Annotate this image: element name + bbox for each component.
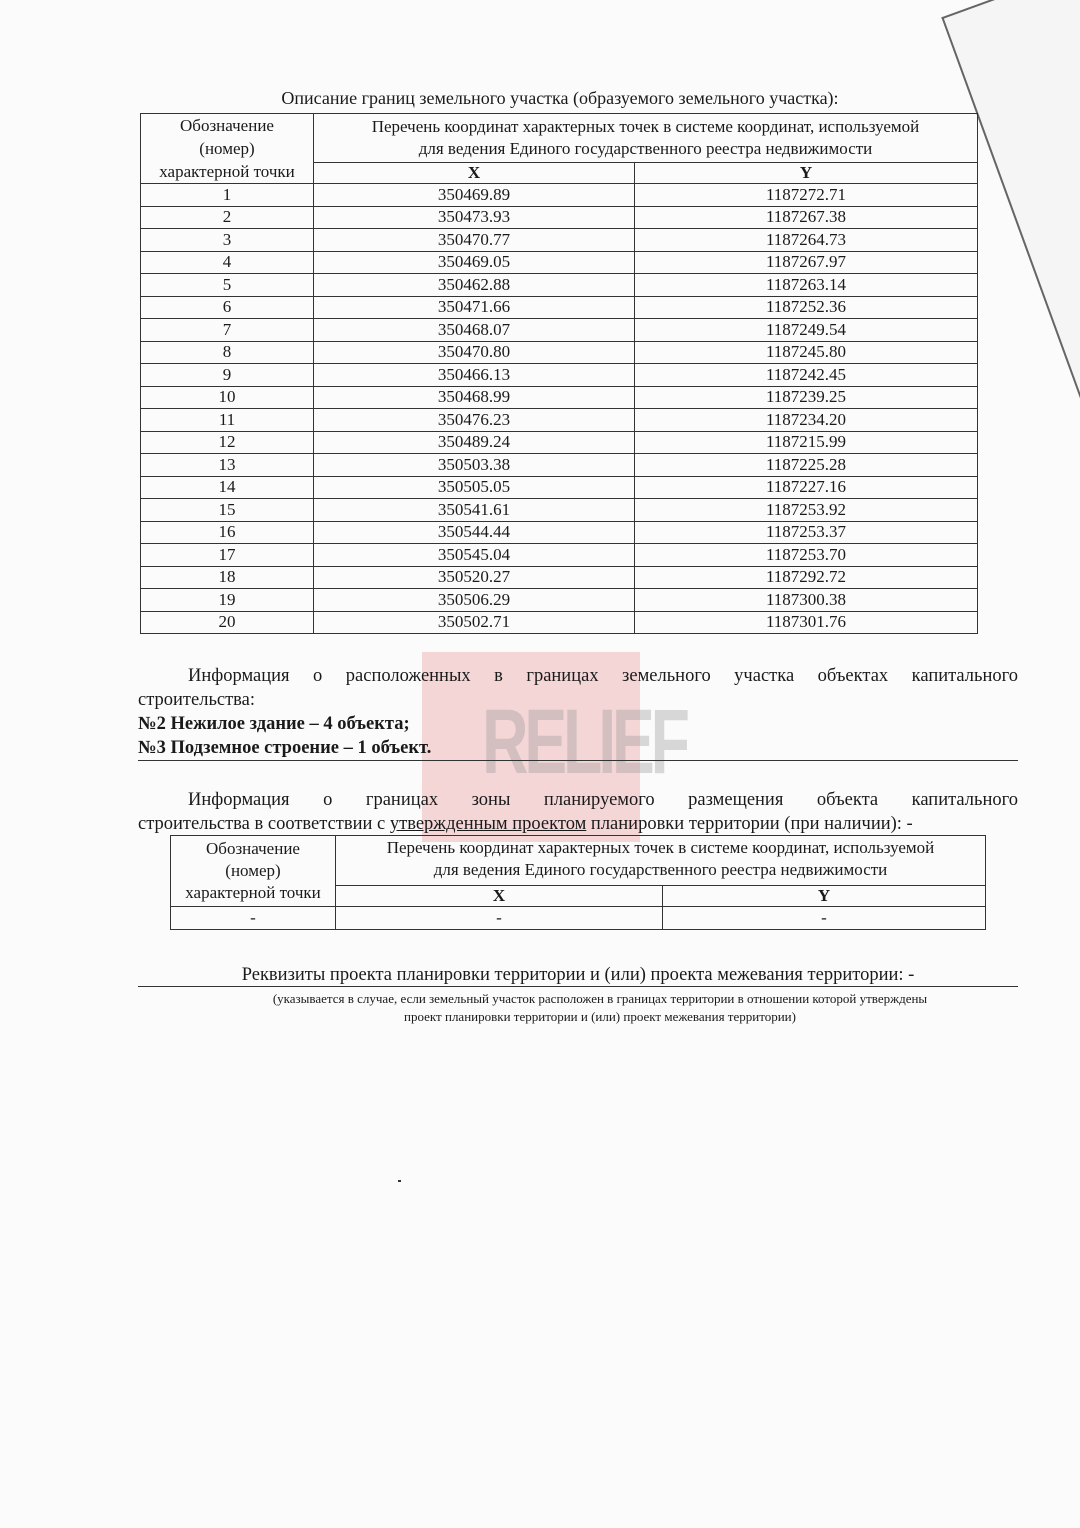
x-header: X	[314, 163, 635, 184]
table-row: 8350470.801187245.80	[141, 341, 978, 364]
capital-object-item: №3 Подземное строение – 1 объект.	[138, 736, 1018, 760]
coords-column-header: Перечень координат характерных точек в с…	[336, 836, 986, 886]
point-number: 10	[141, 386, 314, 409]
y-header: Y	[663, 886, 986, 907]
x-coordinate: 350470.77	[314, 229, 635, 252]
boundary-title: Описание границ земельного участка (обра…	[140, 88, 980, 109]
point-number: 9	[141, 364, 314, 387]
table-row: 11350476.231187234.20	[141, 409, 978, 432]
planned-zone-info: Информация о границах зоны планируемого …	[138, 788, 1018, 836]
point-number: 15	[141, 499, 314, 522]
x-coordinate: 350520.27	[314, 566, 635, 589]
table-row: 2350473.931187267.38	[141, 206, 978, 229]
y-coordinate: 1187272.71	[635, 184, 978, 207]
y-coordinate: 1187234.20	[635, 409, 978, 432]
point-column-header: Обозначение (номер) характерной точки	[141, 114, 314, 184]
point-number: 6	[141, 296, 314, 319]
y-coordinate: 1187249.54	[635, 319, 978, 342]
table-row: 12350489.241187215.99	[141, 431, 978, 454]
table-row: 17350545.041187253.70	[141, 544, 978, 567]
table-row: 6350471.661187252.36	[141, 296, 978, 319]
requisites-title: Реквизиты проекта планировки территории …	[138, 964, 1018, 986]
x-coordinate: 350489.24	[314, 431, 635, 454]
point-number: 5	[141, 274, 314, 297]
x-coordinate: 350470.80	[314, 341, 635, 364]
x-coordinate: 350476.23	[314, 409, 635, 432]
table-row: 5350462.881187263.14	[141, 274, 978, 297]
requisites-note: (указывается в случае, если земельный уч…	[180, 990, 1020, 1026]
scan-speck	[398, 1180, 401, 1182]
table-row: 3350470.771187264.73	[141, 229, 978, 252]
point-number: 3	[141, 229, 314, 252]
boundary-coordinates-table: Обозначение (номер) характерной точки Пе…	[140, 113, 978, 634]
x-coordinate: 350469.05	[314, 251, 635, 274]
point-number: 13	[141, 454, 314, 477]
y-coordinate: 1187239.25	[635, 386, 978, 409]
table-row: 10350468.991187239.25	[141, 386, 978, 409]
x-coordinate: 350466.13	[314, 364, 635, 387]
coords-column-header: Перечень координат характерных точек в с…	[314, 114, 978, 163]
capital-object-item: №2 Нежилое здание – 4 объекта;	[138, 712, 1018, 736]
point-number: 1	[141, 184, 314, 207]
point-number: 18	[141, 566, 314, 589]
x-coordinate: 350545.04	[314, 544, 635, 567]
divider	[138, 986, 1018, 987]
table-row: 7350468.071187249.54	[141, 319, 978, 342]
point-number: 20	[141, 611, 314, 634]
point-number: 17	[141, 544, 314, 567]
point-number: 8	[141, 341, 314, 364]
table-row: 18350520.271187292.72	[141, 566, 978, 589]
x-coordinate: 350469.89	[314, 184, 635, 207]
y-coordinate: 1187267.97	[635, 251, 978, 274]
point-number: 4	[141, 251, 314, 274]
table-row: 1350469.891187272.71	[141, 184, 978, 207]
x-coordinate: 350541.61	[314, 499, 635, 522]
x-coordinate: 350502.71	[314, 611, 635, 634]
y-coordinate: 1187252.36	[635, 296, 978, 319]
document-page: RELIEF Описание границ земельного участк…	[0, 0, 1080, 1528]
table-row: 13350503.381187225.28	[141, 454, 978, 477]
table-row: 9350466.131187242.45	[141, 364, 978, 387]
y-coordinate: 1187253.92	[635, 499, 978, 522]
x-coordinate: 350544.44	[314, 521, 635, 544]
table-row: 14350505.051187227.16	[141, 476, 978, 499]
x-coordinate: 350468.99	[314, 386, 635, 409]
y-coordinate: 1187292.72	[635, 566, 978, 589]
y-coordinate: 1187267.38	[635, 206, 978, 229]
x-coordinate: 350506.29	[314, 589, 635, 612]
x-coordinate: 350473.93	[314, 206, 635, 229]
planned-zone-table: Обозначение (номер) характерной точки Пе…	[170, 835, 986, 930]
point-number: 19	[141, 589, 314, 612]
table-row: 20350502.711187301.76	[141, 611, 978, 634]
y-coordinate: 1187253.37	[635, 521, 978, 544]
y-coordinate: 1187301.76	[635, 611, 978, 634]
y-coordinate: 1187245.80	[635, 341, 978, 364]
x-coordinate: 350505.05	[314, 476, 635, 499]
point-number: 16	[141, 521, 314, 544]
table-row: 19350506.291187300.38	[141, 589, 978, 612]
x-header: X	[336, 886, 663, 907]
y-coordinate: 1187215.99	[635, 431, 978, 454]
point-column-header: Обозначение (номер) характерной точки	[171, 836, 336, 907]
point-number: 2	[141, 206, 314, 229]
y-header: Y	[635, 163, 978, 184]
table-row: - - -	[171, 907, 986, 930]
point-number: 14	[141, 476, 314, 499]
divider	[138, 760, 1018, 761]
x-coordinate: 350503.38	[314, 454, 635, 477]
y-coordinate: 1187263.14	[635, 274, 978, 297]
x-coordinate: 350468.07	[314, 319, 635, 342]
point-number: 12	[141, 431, 314, 454]
point-number: 7	[141, 319, 314, 342]
y-coordinate: 1187253.70	[635, 544, 978, 567]
y-coordinate: 1187300.38	[635, 589, 978, 612]
x-coordinate: 350462.88	[314, 274, 635, 297]
table-row: 15350541.611187253.92	[141, 499, 978, 522]
table-row: 16350544.441187253.37	[141, 521, 978, 544]
table-row: 4350469.051187267.97	[141, 251, 978, 274]
y-coordinate: 1187264.73	[635, 229, 978, 252]
y-coordinate: 1187242.45	[635, 364, 978, 387]
y-coordinate: 1187225.28	[635, 454, 978, 477]
x-coordinate: 350471.66	[314, 296, 635, 319]
capital-objects-info: Информация о расположенных в границах зе…	[138, 664, 1018, 760]
point-number: 11	[141, 409, 314, 432]
y-coordinate: 1187227.16	[635, 476, 978, 499]
